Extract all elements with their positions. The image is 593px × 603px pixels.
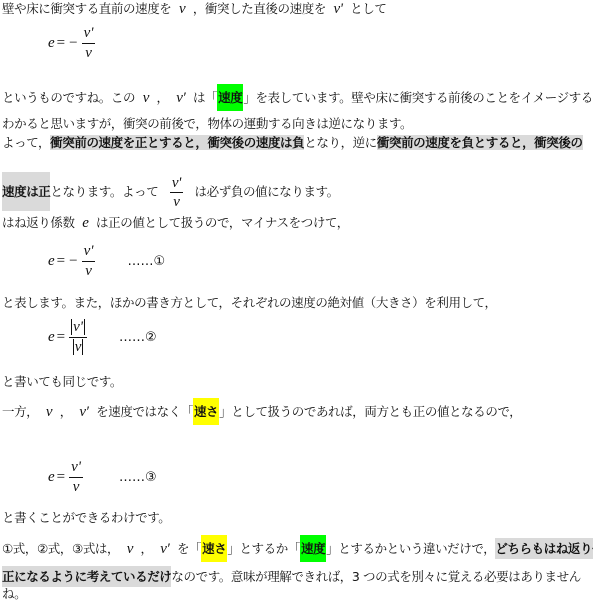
eq-lhs: e xyxy=(48,253,55,270)
var-v: v xyxy=(123,541,137,557)
text-line-4: よって，衝突前の速度を正とすると，衝突後の速度は負となり，逆に衝突前の速度を負と… xyxy=(2,135,583,151)
text: として xyxy=(350,1,386,16)
eq-lhs: e xyxy=(48,469,55,486)
equation-1: e = − v' v ……① xyxy=(48,242,165,281)
text: 」とするかという違いだけで， xyxy=(326,541,495,556)
eq-lhs: e xyxy=(48,35,55,52)
denominator: v xyxy=(73,478,80,497)
fraction: v' v xyxy=(69,458,83,497)
numerator: v' xyxy=(69,318,87,338)
inline-fraction: v' v xyxy=(170,174,183,211)
numerator: v' xyxy=(170,174,183,193)
highlight-speed: 速さ xyxy=(201,535,227,562)
text: は正の値として扱うので，マイナスをつけて， xyxy=(96,215,349,230)
eq-minus: − xyxy=(67,253,79,270)
abs-value: v' xyxy=(71,319,85,335)
equation-label: ……③ xyxy=(119,470,157,485)
text-line-7: と表します。また，ほかの書き方として，それぞれの速度の絶対値（大きさ）を利用して… xyxy=(2,295,497,311)
denominator: v xyxy=(85,44,92,63)
text: 」とするか「 xyxy=(227,541,300,556)
fraction: v' v xyxy=(82,24,96,63)
highlight-emphasis: 衝突前の速度を正とすると，衝突後の速度は負 xyxy=(50,135,304,150)
highlight-emphasis: 正になるように考えているだけ xyxy=(2,566,171,587)
var-v-prime: v′ xyxy=(75,404,92,420)
text-line-9: 一方， v ， v′ を速度ではなく「速さ」として扱うのであれば，両方とも正の値… xyxy=(2,404,521,420)
text: はね返り係数 xyxy=(2,215,75,230)
eq-equals: = xyxy=(55,329,67,346)
eq-equals: = xyxy=(55,253,67,270)
text: となり，逆に xyxy=(304,135,377,150)
text: ①式，②式，③式は， xyxy=(2,541,119,556)
highlight-emphasis: 衝突前の速度を負とすると，衝突後の xyxy=(377,135,583,150)
denominator: v xyxy=(173,193,179,211)
equation-label: ……① xyxy=(127,254,165,269)
var-v: v xyxy=(42,404,56,420)
eq-equals: = xyxy=(55,35,67,52)
text: 」を表しています。壁や床に衝突する前後のことをイメージすると xyxy=(243,90,593,105)
text-line-11: ①式，②式，③式は， v ， v′ を「速さ」とするか「速度」とするかという違い… xyxy=(2,541,593,557)
denominator: v xyxy=(85,262,92,281)
numerator: v' xyxy=(69,458,83,478)
eq-lhs: e xyxy=(48,329,55,346)
abs-value: v xyxy=(73,339,84,355)
equation-label: ……② xyxy=(119,330,157,345)
eq-equals: = xyxy=(55,469,67,486)
highlight-speed: 速さ xyxy=(193,398,219,425)
numerator: v' xyxy=(82,242,96,262)
text: なのです。意味が理解できれば，3 つの式を別々に覚える必要はありません xyxy=(171,569,580,584)
text: 一方， xyxy=(2,404,38,419)
var-v-prime: v′ xyxy=(156,541,173,557)
text: 壁や床に衝突する直前の速度を xyxy=(2,1,171,16)
var-v: v xyxy=(175,1,189,17)
fraction: v' v xyxy=(69,318,87,357)
text-line-13: ね。 xyxy=(2,586,26,602)
text: は必ず負の値になります。 xyxy=(195,184,339,199)
eq-minus: − xyxy=(67,35,79,52)
equation-3: e = v' v ……③ xyxy=(48,458,157,497)
text: 」として扱うのであれば，両方とも正の値となるので， xyxy=(219,404,521,419)
text-line-6: はね返り係数 e は正の値として扱うので，マイナスをつけて， xyxy=(2,215,349,231)
highlight-emphasis: 速度は正 xyxy=(2,172,50,211)
denominator: v xyxy=(73,338,84,357)
text-line-10: と書くことができるわけです。 xyxy=(2,510,170,526)
var-e: e xyxy=(78,215,92,231)
text: ， xyxy=(60,404,72,419)
text: というものですね。この xyxy=(2,90,135,105)
highlight-velocity: 速度 xyxy=(300,535,326,562)
var-v: v xyxy=(139,90,153,106)
text: ， xyxy=(157,90,169,105)
var-v-prime: v' xyxy=(330,1,347,17)
equation-2: e = v' v ……② xyxy=(48,318,157,357)
fraction: v' v xyxy=(82,242,96,281)
text: ， xyxy=(141,541,153,556)
text-line-5: 速度は正となります。よって v' v は必ず負の値になります。 xyxy=(2,174,339,211)
text-line-2: というものですね。この v ， v′ は「速度」を表しています。壁や床に衝突する… xyxy=(2,90,593,106)
text: を速度ではなく「 xyxy=(96,404,193,419)
text-line-12: 正になるように考えているだけなのです。意味が理解できれば，3 つの式を別々に覚え… xyxy=(2,569,581,585)
text-line-8: と書いても同じです。 xyxy=(2,374,122,390)
numerator: v' xyxy=(82,24,96,44)
text: となります。よって xyxy=(50,184,158,199)
text: を「 xyxy=(177,541,201,556)
highlight-velocity: 速度 xyxy=(217,84,243,111)
text: よって， xyxy=(2,135,50,150)
highlight-emphasis: どちらもはね返り係数が xyxy=(495,538,593,559)
text: ，衝突した直後の速度を xyxy=(193,1,326,16)
equation-definition: e = − v' v xyxy=(48,24,97,63)
text: は「 xyxy=(193,90,217,105)
text-line-1: 壁や床に衝突する直前の速度を v ，衝突した直後の速度を v' として xyxy=(2,1,386,17)
var-v-prime: v′ xyxy=(172,90,189,106)
text-line-3: わかると思いますが，衝突の前後で，物体の運動する向きは逆になります。 xyxy=(2,116,412,132)
